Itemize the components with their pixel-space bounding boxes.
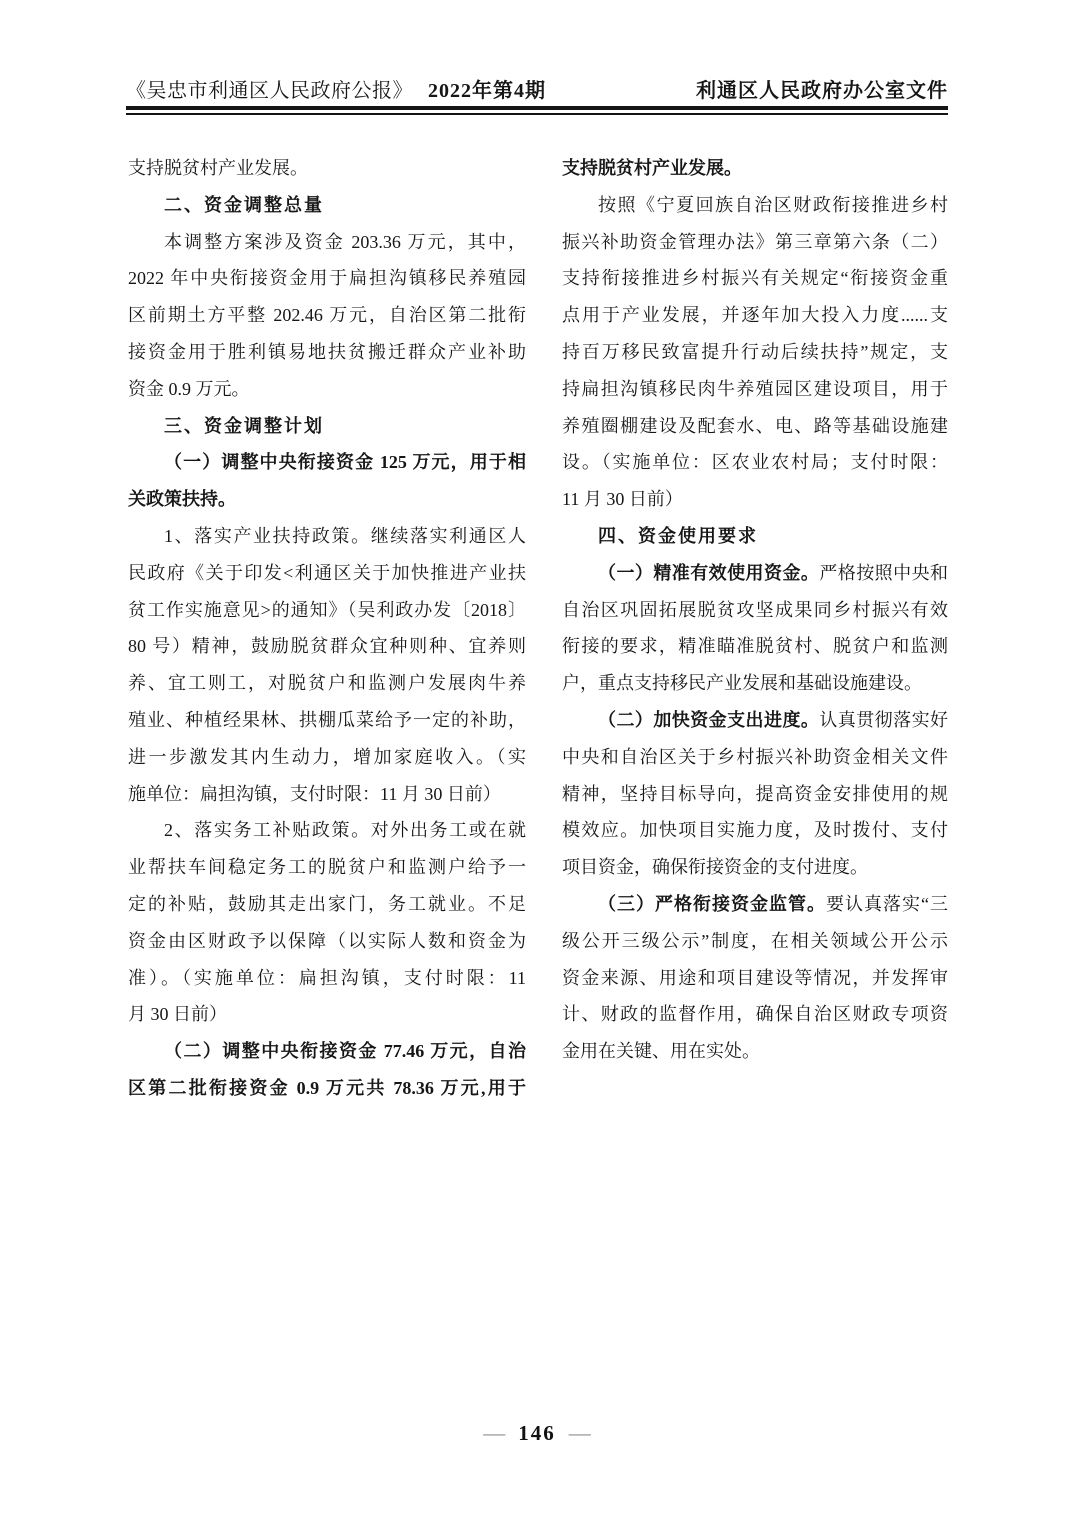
- body-text: 区前期土方平整 202.46 万元，自治区第二批衔: [128, 305, 526, 325]
- text-line: 级公开三级公示”制度，在相关领域公开公示: [562, 923, 948, 960]
- section-heading-text: 二、资金调整总量: [164, 195, 324, 215]
- emphasis-text: 支持脱贫村产业发展。: [562, 158, 742, 178]
- text-line: 进一步激发其内生动力，增加家庭收入。（实: [128, 739, 526, 776]
- right-column: 支持脱贫村产业发展。按照《宁夏回族自治区财政衔接推进乡村振兴补助资金管理办法》第…: [562, 150, 948, 1070]
- body-text: 2、落实务工补贴政策。对外出务工或在就: [164, 820, 526, 840]
- text-line: 贫工作实施意见>的通知》（吴利政办发〔2018〕: [128, 592, 526, 629]
- text-line: 养殖圈棚建设及配套水、电、路等基础设施建: [562, 408, 948, 445]
- text-line: 80 号）精神，鼓励脱贫群众宜种则种、宜养则: [128, 628, 526, 665]
- body-text: 衔接的要求，精准瞄准脱贫村、脱贫户和监测: [562, 636, 948, 656]
- text-line: 振兴补助资金管理办法》第三章第六条（二）: [562, 224, 948, 261]
- body-text: 自治区巩固拓展脱贫攻坚成果同乡村振兴有效: [562, 600, 948, 620]
- text-line: 支持衔接推进乡村振兴有关规定“衔接资金重: [562, 260, 948, 297]
- body-text: 点用于产业发展，并逐年加大投入力度......支: [562, 305, 948, 325]
- text-line: 三、资金调整计划: [128, 408, 526, 445]
- emphasis-text: （一）调整中央衔接资金 125 万元，用于相: [164, 452, 526, 472]
- text-line: 四、资金使用要求: [562, 518, 948, 555]
- text-line: 区第二批衔接资金 0.9 万元共 78.36 万元,用于: [128, 1070, 526, 1107]
- body-text: 精神，坚持目标导向，提高资金安排使用的规: [562, 784, 948, 804]
- page-footer: — 146 —: [0, 1418, 1074, 1448]
- body-text: 户，重点支持移民产业发展和基础设施建设。: [562, 673, 922, 693]
- body-text: 资金 0.9 万元。: [128, 379, 250, 399]
- emphasis-text: （三）严格衔接资金监管。: [598, 894, 826, 914]
- header-rule-thin: [126, 113, 948, 115]
- text-line: 养、宜工则工，对脱贫户和监测户发展肉牛养: [128, 665, 526, 702]
- section-heading-text: 四、资金使用要求: [598, 526, 758, 546]
- section-heading-text: 三、资金调整计划: [164, 416, 324, 436]
- text-line: 接资金用于胜利镇易地扶贫搬迁群众产业补助: [128, 334, 526, 371]
- page-header: 《吴忠市利通区人民政府公报》2022年第4期 利通区人民政府办公室文件: [126, 72, 948, 104]
- gazette-issue: 2022年第4期: [428, 80, 546, 102]
- text-line: （一）调整中央衔接资金 125 万元，用于相: [128, 444, 526, 481]
- body-text: 民政府《关于印发<利通区关于加快推进产业扶: [128, 563, 526, 583]
- body-text: 定的补贴，鼓励其走出家门，务工就业。不足: [128, 894, 526, 914]
- body-text: 业帮扶车间稳定务工的脱贫户和监测户给予一: [128, 857, 526, 877]
- body-text: 本调整方案涉及资金 203.36 万元，其中，: [164, 232, 526, 252]
- body-text: 接资金用于胜利镇易地扶贫搬迁群众产业补助: [128, 342, 526, 362]
- footer-dash-left: —: [483, 1422, 505, 1444]
- page-number: 146: [518, 1421, 556, 1446]
- text-line: 项目资金，确保衔接资金的支付进度。: [562, 849, 948, 886]
- text-line: 支持脱贫村产业发展。: [128, 150, 526, 187]
- text-line: 月 30 日前）: [128, 996, 526, 1033]
- body-text: 中央和自治区关于乡村振兴补助资金相关文件: [562, 747, 948, 767]
- body-text: 按照《宁夏回族自治区财政衔接推进乡村: [598, 195, 948, 215]
- body-text: 准）。（实施单位：扁担沟镇，支付时限：11: [128, 968, 526, 988]
- text-line: 中央和自治区关于乡村振兴补助资金相关文件: [562, 739, 948, 776]
- gazette-name: 《吴忠市利通区人民政府公报》: [126, 80, 413, 102]
- body-text: 施单位：扁担沟镇，支付时限：11 月 30 日前）: [128, 784, 501, 804]
- text-line: 持扁担沟镇移民肉牛养殖园区建设项目，用于: [562, 371, 948, 408]
- body-text: 养、宜工则工，对脱贫户和监测户发展肉牛养: [128, 673, 526, 693]
- text-line: 持百万移民致富提升行动后续扶持”规定，支: [562, 334, 948, 371]
- text-line: 按照《宁夏回族自治区财政衔接推进乡村: [562, 187, 948, 224]
- text-line: 模效应。加快项目实施力度，及时拨付、支付: [562, 812, 948, 849]
- emphasis-text: 关政策扶持。: [128, 489, 236, 509]
- text-line: 精神，坚持目标导向，提高资金安排使用的规: [562, 776, 948, 813]
- body-text: 2022 年中央衔接资金用于扁担沟镇移民养殖园: [128, 268, 526, 288]
- text-line: 关政策扶持。: [128, 481, 526, 518]
- body-text: 持百万移民致富提升行动后续扶持”规定，支: [562, 342, 948, 362]
- text-line: （三）严格衔接资金监管。要认真落实“三: [562, 886, 948, 923]
- body-text: 11 月 30 日前）: [562, 489, 683, 509]
- emphasis-text: （二）加快资金支出进度。: [598, 710, 819, 730]
- text-line: 施单位：扁担沟镇，支付时限：11 月 30 日前）: [128, 776, 526, 813]
- body-text: 支持脱贫村产业发展。: [128, 158, 308, 178]
- body-text: 模效应。加快项目实施力度，及时拨付、支付: [562, 820, 948, 840]
- body-text: 80 号）精神，鼓励脱贫群众宜种则种、宜养则: [128, 636, 526, 656]
- body-text: 月 30 日前）: [128, 1004, 227, 1024]
- office-doc-label: 利通区人民政府办公室文件: [696, 74, 948, 103]
- body-text: 支持衔接推进乡村振兴有关规定“衔接资金重: [562, 268, 948, 288]
- text-line: 资金由区财政予以保障（以实际人数和资金为: [128, 923, 526, 960]
- text-line: 支持脱贫村产业发展。: [562, 150, 948, 187]
- text-line: 11 月 30 日前）: [562, 481, 948, 518]
- body-text: 金用在关键、用在实处。: [562, 1041, 760, 1061]
- body-text: 严格按照中央和: [819, 563, 948, 583]
- body-text: 要认真落实“三: [826, 894, 948, 914]
- body-text: 设。（实施单位：区农业农村局；支付时限：: [562, 452, 948, 472]
- text-line: 资金来源、用途和项目建设等情况，并发挥审: [562, 960, 948, 997]
- text-line: （一）精准有效使用资金。严格按照中央和: [562, 555, 948, 592]
- left-column: 支持脱贫村产业发展。二、资金调整总量本调整方案涉及资金 203.36 万元，其中…: [128, 150, 526, 1107]
- header-rule-thick: [126, 106, 948, 110]
- text-line: 设。（实施单位：区农业农村局；支付时限：: [562, 444, 948, 481]
- body-text: 项目资金，确保衔接资金的支付进度。: [562, 857, 868, 877]
- text-line: 1、落实产业扶持政策。继续落实利通区人: [128, 518, 526, 555]
- emphasis-text: （一）精准有效使用资金。: [598, 563, 819, 583]
- text-line: 2022 年中央衔接资金用于扁担沟镇移民养殖园: [128, 260, 526, 297]
- gazette-title: 《吴忠市利通区人民政府公报》2022年第4期: [126, 74, 546, 103]
- text-line: （二）加快资金支出进度。认真贯彻落实好: [562, 702, 948, 739]
- body-text: 资金由区财政予以保障（以实际人数和资金为: [128, 931, 526, 951]
- text-line: 户，重点支持移民产业发展和基础设施建设。: [562, 665, 948, 702]
- text-line: 计、财政的监督作用，确保自治区财政专项资: [562, 996, 948, 1033]
- body-text: 计、财政的监督作用，确保自治区财政专项资: [562, 1004, 948, 1024]
- text-line: 本调整方案涉及资金 203.36 万元，其中，: [128, 224, 526, 261]
- body-text: 养殖圈棚建设及配套水、电、路等基础设施建: [562, 416, 948, 436]
- text-line: 二、资金调整总量: [128, 187, 526, 224]
- body-text: 振兴补助资金管理办法》第三章第六条（二）: [562, 232, 948, 252]
- footer-dash-right: —: [569, 1422, 591, 1444]
- body-text: 1、落实产业扶持政策。继续落实利通区人: [164, 526, 526, 546]
- text-line: 衔接的要求，精准瞄准脱贫村、脱贫户和监测: [562, 628, 948, 665]
- text-line: （二）调整中央衔接资金 77.46 万元，自治: [128, 1033, 526, 1070]
- body-text: 持扁担沟镇移民肉牛养殖园区建设项目，用于: [562, 379, 948, 399]
- text-line: 资金 0.9 万元。: [128, 371, 526, 408]
- text-line: 金用在关键、用在实处。: [562, 1033, 948, 1070]
- text-line: 自治区巩固拓展脱贫攻坚成果同乡村振兴有效: [562, 592, 948, 629]
- text-line: 民政府《关于印发<利通区关于加快推进产业扶: [128, 555, 526, 592]
- gazette-page: 《吴忠市利通区人民政府公报》2022年第4期 利通区人民政府办公室文件 支持脱贫…: [0, 0, 1074, 1520]
- text-line: 点用于产业发展，并逐年加大投入力度......支: [562, 297, 948, 334]
- body-text: 级公开三级公示”制度，在相关领域公开公示: [562, 931, 948, 951]
- text-line: 准）。（实施单位：扁担沟镇，支付时限：11: [128, 960, 526, 997]
- body-text: 进一步激发其内生动力，增加家庭收入。（实: [128, 747, 526, 767]
- body-text: 贫工作实施意见>的通知》（吴利政办发〔2018〕: [128, 600, 526, 620]
- text-line: 区前期土方平整 202.46 万元，自治区第二批衔: [128, 297, 526, 334]
- text-line: 殖业、种植经果林、拱棚瓜菜给予一定的补助，: [128, 702, 526, 739]
- body-text: 殖业、种植经果林、拱棚瓜菜给予一定的补助，: [128, 710, 526, 730]
- text-line: 定的补贴，鼓励其走出家门，务工就业。不足: [128, 886, 526, 923]
- body-text: 资金来源、用途和项目建设等情况，并发挥审: [562, 968, 948, 988]
- body-text: 认真贯彻落实好: [819, 710, 948, 730]
- emphasis-text: 区第二批衔接资金 0.9 万元共 78.36 万元,用于: [128, 1078, 526, 1098]
- emphasis-text: （二）调整中央衔接资金 77.46 万元，自治: [164, 1041, 526, 1061]
- text-line: 2、落实务工补贴政策。对外出务工或在就: [128, 812, 526, 849]
- text-line: 业帮扶车间稳定务工的脱贫户和监测户给予一: [128, 849, 526, 886]
